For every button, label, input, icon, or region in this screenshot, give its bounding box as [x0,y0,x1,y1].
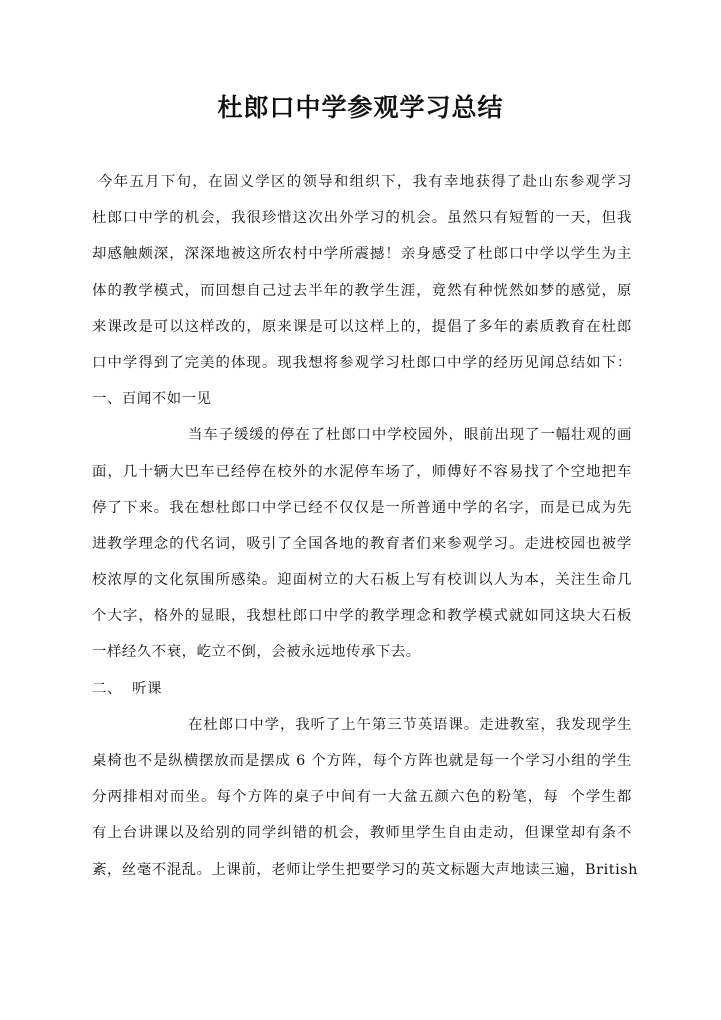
text-line: 有上台讲课以及给别的同学纠错的机会，教师里学生自由走动，但课堂却有条不 [92,823,632,859]
text-line: 桌椅也不是纵横摆放而是摆成 6 个方阵，每个方阵也就是每一个学习小组的学生 [92,751,632,787]
document-page: 杜郎口中学参观学习总结 今年五月下旬，在固义学区的领导和组织下，我有幸地获得了赴… [0,0,721,1020]
text-line: 校浓厚的文化氛围所感染。迎面树立的大石板上写有校训以人为本，关注生命几 [92,570,632,606]
text-line: 停了下来。我在想杜郎口中学已经不仅仅是一所普通中学的名字，而是已成为先 [92,498,632,534]
text-line: 杜郎口中学的机会，我很珍惜这次出外学习的机会。虽然只有短暂的一天，但我 [92,208,632,244]
document-body: 今年五月下旬，在固义学区的领导和组织下，我有幸地获得了赴山东参观学习 杜郎口中学… [92,172,632,896]
text-line: 面，几十辆大巴车已经停在校外的水泥停车场了，师傅好不容易找了个空地把车 [92,462,632,498]
text-line: 一样经久不衰，屹立不倒，会被永远地传承下去。 [92,642,632,678]
text-line: 紊，丝毫不混乱。上课前，老师让学生把要学习的英文标题大声地读三遍，British [92,860,632,896]
document-title: 杜郎口中学参观学习总结 [0,88,721,124]
text-line: 个大字，格外的显眼，我想杜郎口中学的教学理念和教学模式就如同这块大石板 [92,606,632,642]
text-line: 在杜郎口中学，我听了上午第三节英语课。走进教室，我发现学生 [92,715,632,751]
text-line: 进教学理念的代名词，吸引了全国各地的教育者们来参观学习。走进校园也被学 [92,534,632,570]
section-heading-1: 一、百闻不如一见 [92,389,632,425]
text-line: 当车子缓缓的停在了杜郎口中学校园外，眼前出现了一幅壮观的画 [92,425,632,461]
text-line: 体的教学模式，而回想自己过去半年的教学生涯，竟然有种恍然如梦的感觉，原 [92,281,632,317]
section-1-paragraph: 当车子缓缓的停在了杜郎口中学校园外，眼前出现了一幅壮观的画 面，几十辆大巴车已经… [92,425,632,678]
text-line: 分两排相对而坐。每个方阵的桌子中间有一大盆五颜六色的粉笔，每 个学生都 [92,787,632,823]
text-line: 口中学得到了完美的体现。现我想将参观学习杜郎口中学的经历见闻总结如下： [92,353,632,389]
section-2-paragraph: 在杜郎口中学，我听了上午第三节英语课。走进教室，我发现学生 桌椅也不是纵横摆放而… [92,715,632,896]
text-line: 来课改是可以这样改的，原来课是可以这样上的，提倡了多年的素质教育在杜郎 [92,317,632,353]
section-heading-2: 二、 听课 [92,679,632,715]
text-line: 今年五月下旬，在固义学区的领导和组织下，我有幸地获得了赴山东参观学习 [92,172,632,208]
text-line: 却感触颇深，深深地被这所农村中学所震撼！亲身感受了杜郎口中学以学生为主 [92,244,632,280]
intro-paragraph: 今年五月下旬，在固义学区的领导和组织下，我有幸地获得了赴山东参观学习 杜郎口中学… [92,172,632,389]
